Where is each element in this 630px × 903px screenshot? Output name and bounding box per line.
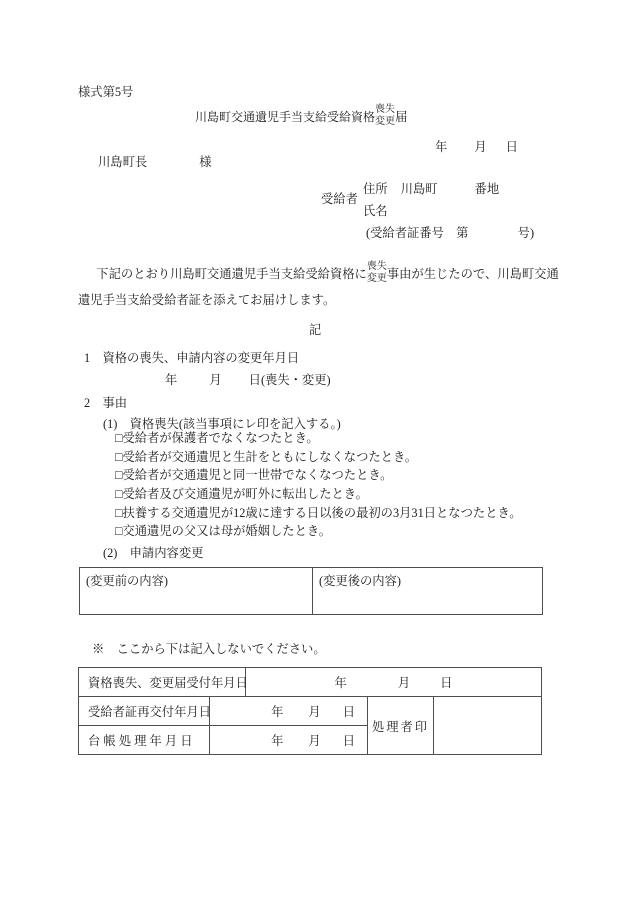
section2-sub2-heading: (2) 申請内容変更 [103,543,203,561]
year-label: 年 [271,702,283,720]
body-loss-change-stack: 喪失 変更 [367,261,387,285]
checkbox-row: □受給者及び交通遺児が町外に転出したとき。 [115,485,522,504]
change-after-label: (変更後の内容) [319,574,401,588]
checkbox-label: 受給者及び交通遺児が町外に転出したとき。 [122,487,367,501]
checkbox-row: □受給者が交通遺児と生計をともにしなくなつたとき。 [115,448,522,467]
record-mark: 記 [0,320,630,338]
day-label: 日 [440,673,452,691]
ledger-date-label: 台 帳 処 理 年 月 日 [79,726,210,754]
month-label: 月 [474,137,486,155]
body-line1-after: 事由が生じたので、川島町交通 [387,264,559,282]
reissue-date-cell[interactable]: 年 月 日 [210,697,367,725]
checkbox-label: 受給者が保護者でなくなつたとき。 [122,431,318,445]
change-before-label: (変更前の内容) [86,574,168,588]
address-value: 川島町 [401,179,438,197]
year-label: 年 [271,731,283,749]
change-before-cell[interactable]: (変更前の内容) [80,568,313,614]
addressee-line: 川島町長 様 [98,152,212,170]
loss-label: 喪失 [375,104,395,116]
section2-heading: 2 事由 [84,393,127,411]
recipient-address-line: 住所 川島町 番地 [363,179,499,197]
checkbox-row: □交通遺児の父又は母が婚姻したとき。 [115,522,522,541]
form-number: 様式第5号 [78,82,133,100]
reissue-date-label: 受給者証再交付年月日 [79,697,210,725]
office-row-group: 受給者証再交付年月日 年 月 日 台 帳 処 理 年 月 日 年 月 日 [79,697,541,754]
body-line2: 遺児手当支給受給者証を添えてお届けします。 [78,290,335,308]
office-use-table: 資格喪失、変更届受付年月日 年 月 日 受給者証再交付年月日 年 月 日 台 帳 [78,667,542,755]
office-left-block: 受給者証再交付年月日 年 月 日 台 帳 処 理 年 月 日 年 月 日 [79,697,368,754]
office-row-ledger: 台 帳 処 理 年 月 日 年 月 日 [79,726,367,754]
change-after-cell[interactable]: (変更後の内容) [313,568,542,614]
address-label: 住所 [363,179,388,197]
year-label: 年 [435,137,447,155]
month-label: 月 [209,370,221,388]
loss-change-stack: 喪失 変更 [375,104,395,128]
processor-seal-cell[interactable] [434,697,541,754]
addressee-name: 川島町長 [98,152,147,170]
checkbox-label: 交通遺児の父又は母が婚姻したとき。 [122,524,331,538]
receipt-date-cell[interactable]: 年 月 日 [246,668,541,696]
body-line1: 下記のとおり川島町交通遺児手当支給受給資格に 喪失 変更 事由が生じたので、川島… [84,260,559,286]
checkbox-label: 受給者が交通遺児と生計をともにしなくなつたとき。 [122,450,417,464]
form-page: 様式第5号 川島町交通遺児手当支給受給資格 喪失 変更 届 年 月 日 川島町長… [0,0,630,903]
recipient-label: 受給者 [321,189,358,207]
section1-date-suffix: (喪失・変更) [261,370,331,388]
receipt-date-label: 資格喪失、変更届受付年月日 [79,668,246,696]
checkbox-label: 受給者が交通遺児と同一世帯でなくなつたとき。 [122,468,392,482]
form-title-main: 川島町交通遺児手当支給受給資格 [195,108,375,125]
day-label: 日 [343,702,355,720]
month-label: 月 [308,702,320,720]
month-label: 月 [308,731,320,749]
checkbox-row: □受給者が交通遺児と同一世帯でなくなつたとき。 [115,466,522,485]
change-table: (変更前の内容) (変更後の内容) [79,567,543,615]
section1-heading: 1 資格の喪失、申請内容の変更年月日 [84,348,299,366]
year-label: 年 [165,370,177,388]
cert-number-line: (受給者証番号 第 号) [366,223,534,241]
body-line1-before: 下記のとおり川島町交通遺児手当支給受給資格に [84,264,367,282]
form-title: 川島町交通遺児手当支給受給資格 喪失 変更 届 [195,102,408,130]
recipient-name-label: 氏名 [363,201,388,219]
office-row-receipt: 資格喪失、変更届受付年月日 年 月 日 [79,668,541,697]
checkbox-row: □扶養する交通遺児が12歳に達する日以後の最初の3月31日となつたとき。 [115,504,522,523]
checkbox-row: □受給者が保護者でなくなつたとき。 [115,429,522,448]
day-label: 日 [506,137,518,155]
section1-date-line: 年 月 日 (喪失・変更) [165,370,331,388]
address-unit-label: 番地 [475,179,500,197]
ledger-date-cell[interactable]: 年 月 日 [210,726,367,754]
staff-only-note: ※ ここから下は記入しないでください。 [92,639,326,657]
body-loss-label: 喪失 [367,261,387,273]
checkbox-label: 扶養する交通遺児が12歳に達する日以後の最初の3月31日となつたとき。 [122,506,521,520]
submission-date-line: 年 月 日 [435,137,518,155]
month-label: 月 [398,673,410,691]
loss-reason-checkbox-list: □受給者が保護者でなくなつたとき。 □受給者が交通遺児と生計をともにしなくなつた… [115,429,522,541]
change-label: 変更 [375,116,395,128]
day-label: 日 [249,370,261,388]
addressee-honorific: 様 [199,152,211,170]
body-change-label: 変更 [367,273,387,285]
processor-seal-label: 処理者印 [368,697,434,754]
year-label: 年 [335,673,347,691]
day-label: 日 [343,731,355,749]
form-title-suffix: 届 [395,107,408,125]
office-row-reissue: 受給者証再交付年月日 年 月 日 [79,697,367,726]
